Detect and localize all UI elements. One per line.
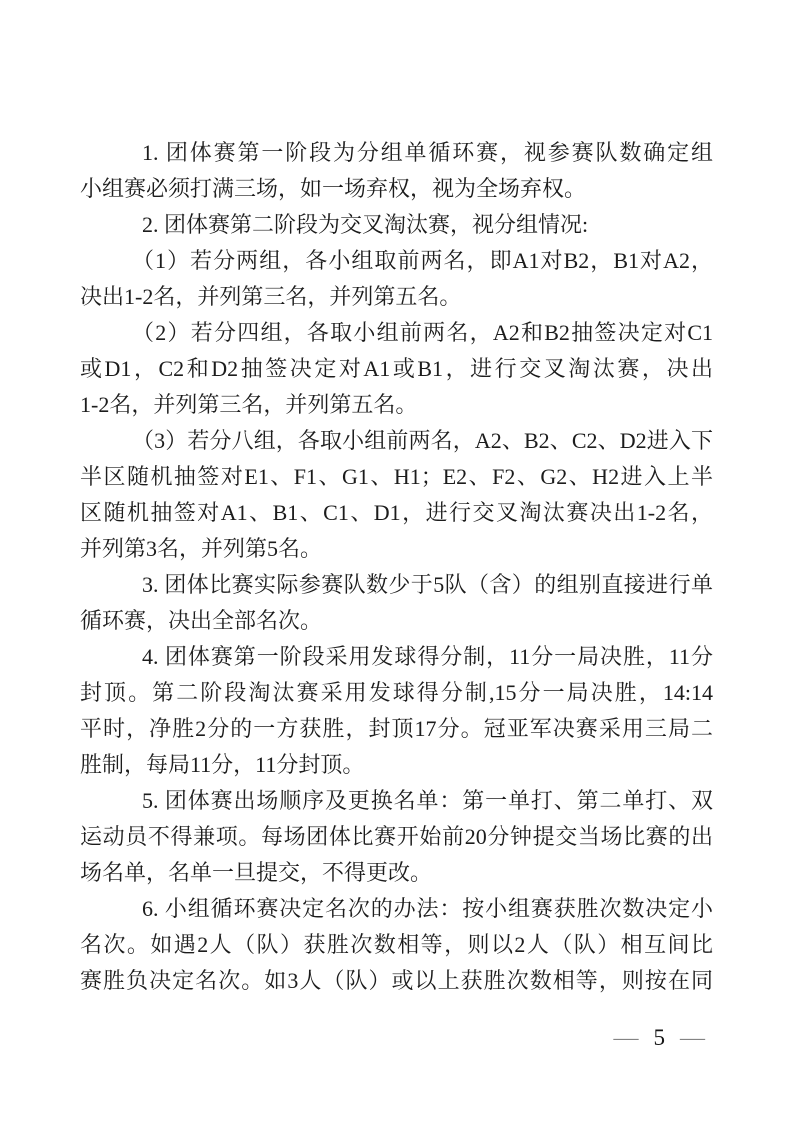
text-line: 区随机抽签对A1、B1、C1、D1，进行交叉淘汰赛决出1-2名， [80, 495, 713, 531]
text-line: 胜制，每局11分，11分封顶。 [80, 747, 713, 783]
text-line: 循环赛，决出全部名次。 [80, 603, 713, 639]
text-line: 1-2名，并列第三名，并列第五名。 [80, 387, 713, 423]
text-line: 封顶。第二阶段淘汰赛采用发球得分制,15分一局决胜，14:14 [80, 675, 713, 711]
document-body: 1. 团体赛第一阶段为分组单循环赛，视参赛队数确定组数，小组赛必须打满三场，如一… [80, 135, 713, 999]
text-line: （1）若分两组，各小组取前两名，即A1对B2，B1对A2， [80, 243, 713, 279]
text-line: 场名单，名单一旦提交，不得更改。 [80, 855, 713, 891]
text-line: （3）若分八组，各取小组前两名，A2、B2、C2、D2进入下 [80, 423, 713, 459]
text-line: 决出1-2名，并列第三名，并列第五名。 [80, 279, 713, 315]
text-line: 2. 团体赛第二阶段为交叉淘汰赛，视分组情况: [80, 207, 713, 243]
document-page: 1. 团体赛第一阶段为分组单循环赛，视参赛队数确定组数，小组赛必须打满三场，如一… [0, 0, 794, 1123]
footer-dash-right: — [680, 1026, 705, 1049]
text-line: 赛胜负决定名次。如3人（队）或以上获胜次数相等，则按在同 [80, 963, 713, 999]
text-line: 并列第3名，并列第5名。 [80, 531, 713, 567]
text-line: 6. 小组循环赛决定名次的办法：按小组赛获胜次数决定小组 [80, 891, 713, 927]
text-line: 小组赛必须打满三场，如一场弃权，视为全场弃权。 [80, 171, 713, 207]
text-line: 4. 团体赛第一阶段采用发球得分制，11分一局决胜，11分 [80, 639, 713, 675]
text-line: 名次。如遇2人（队）获胜次数相等，则以2人（队）相互间比 [80, 927, 713, 963]
text-line: 半区随机抽签对E1、F1、G1、H1；E2、F2、G2、H2进入上半 [80, 459, 713, 495]
text-line: 平时，净胜2分的一方获胜，封顶17分。冠亚军决赛采用三局二 [80, 711, 713, 747]
text-line: 运动员不得兼项。每场团体比赛开始前20分钟提交当场比赛的出 [80, 819, 713, 855]
text-line: 或D1，C2和D2抽签决定对A1或B1，进行交叉淘汰赛，决出 [80, 351, 713, 387]
text-line: 5. 团体赛出场顺序及更换名单：第一单打、第二单打、双打。 [80, 783, 713, 819]
text-line: （2）若分四组，各取小组前两名，A2和B2抽签决定对C1 [80, 315, 713, 351]
page-number: 5 [654, 1026, 666, 1049]
page-footer: — 5 — [614, 1022, 706, 1052]
text-line: 1. 团体赛第一阶段为分组单循环赛，视参赛队数确定组数， [80, 135, 713, 171]
footer-dash-left: — [614, 1026, 639, 1049]
text-line: 3. 团体比赛实际参赛队数少于5队（含）的组别直接进行单 [80, 567, 713, 603]
